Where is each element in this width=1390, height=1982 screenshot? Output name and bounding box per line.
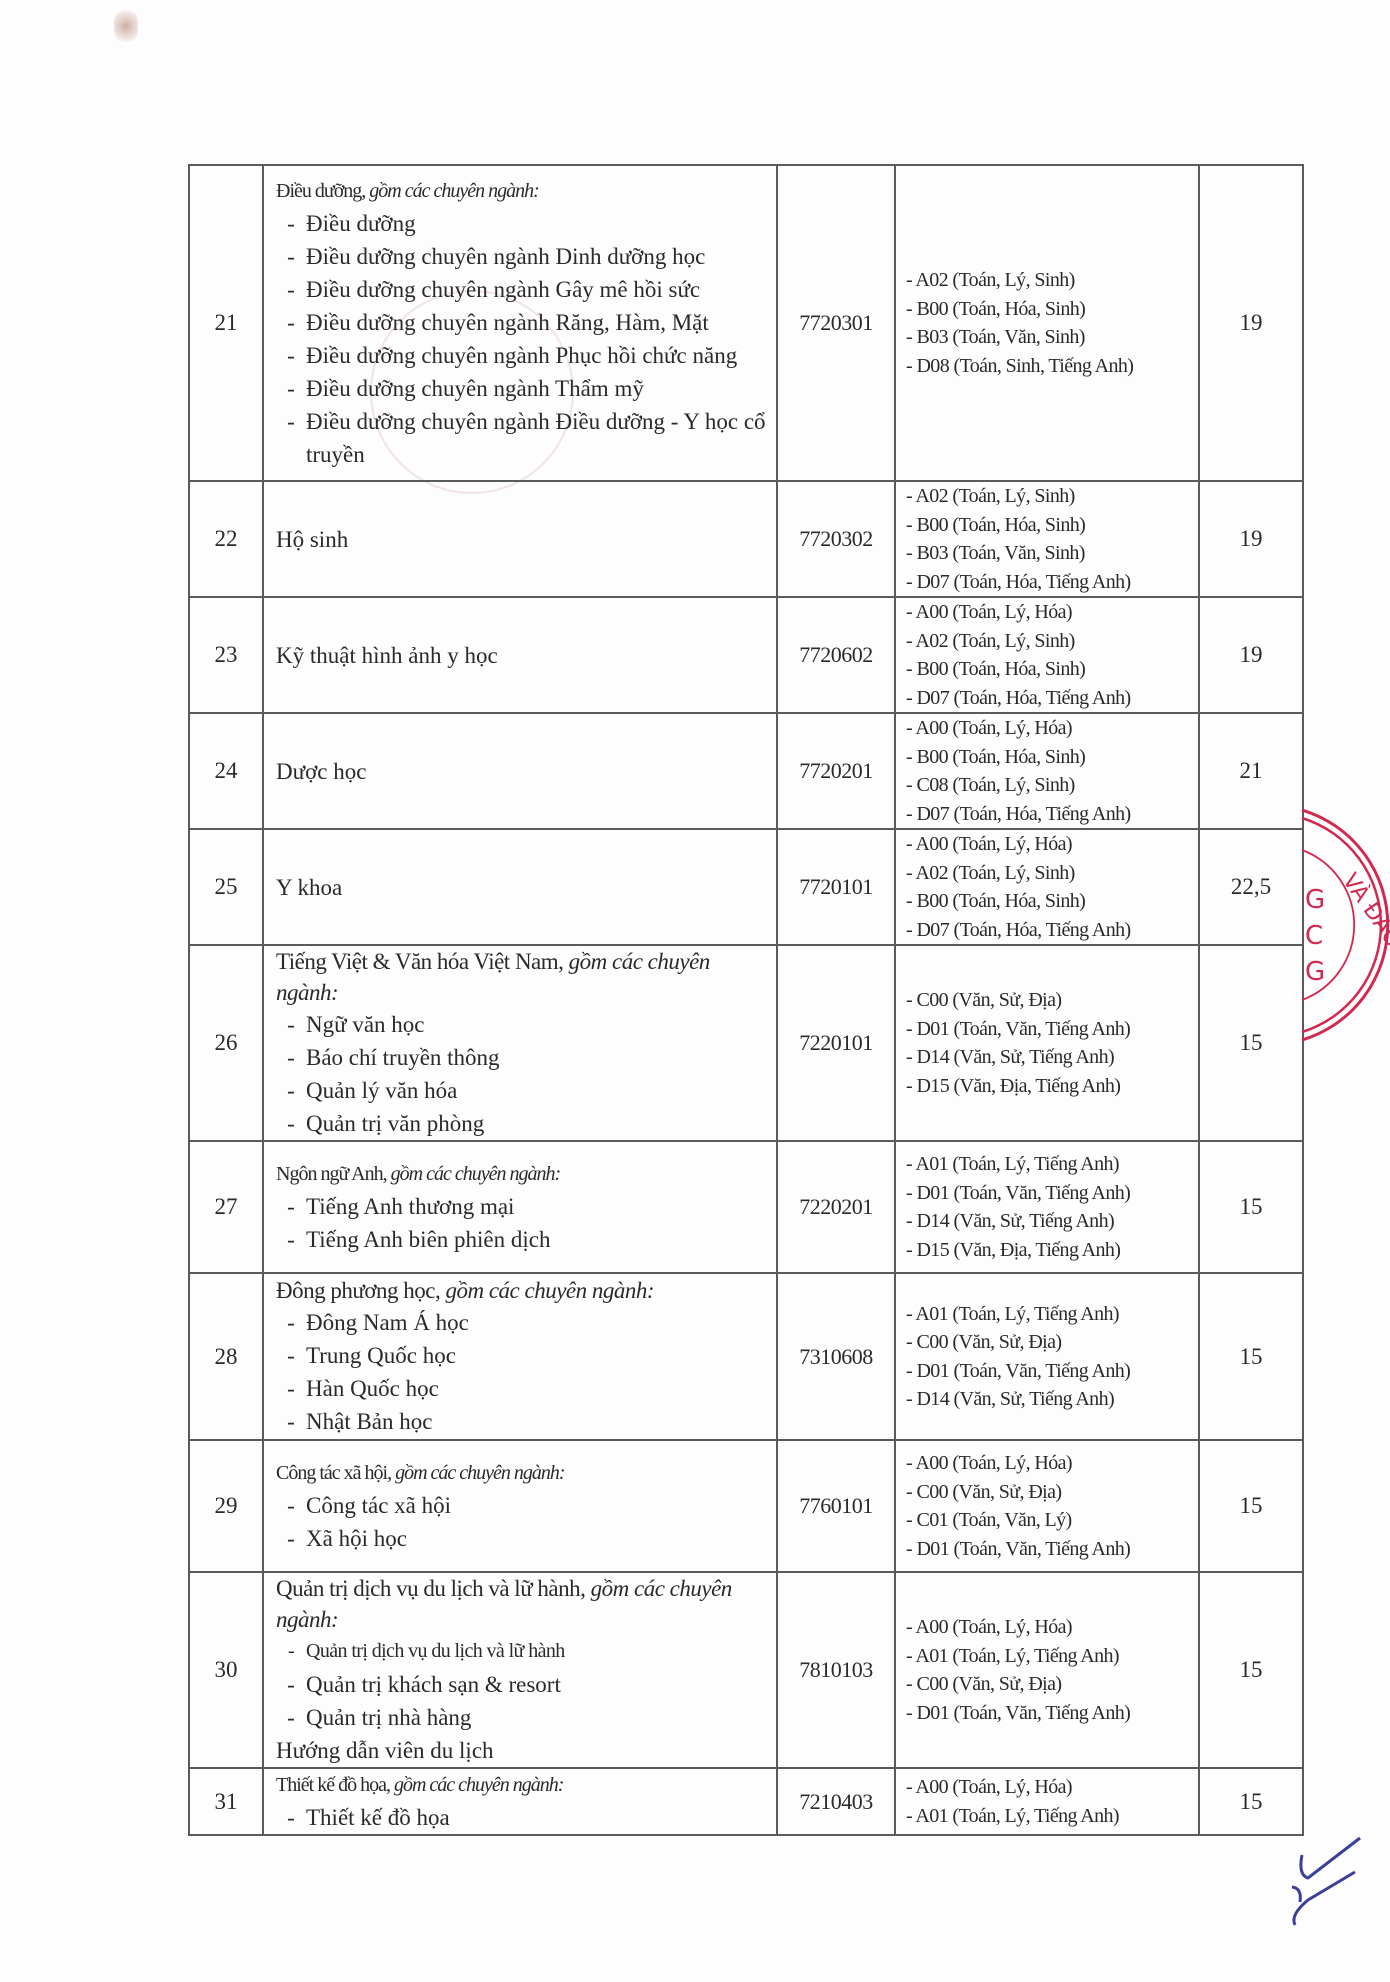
list-dash: - <box>276 1489 306 1522</box>
specialization-item: -Hàn Quốc học <box>276 1372 770 1405</box>
admission-table: 21Điều dưỡng, gồm các chuyên ngành:-Điều… <box>188 164 1304 1836</box>
program-code-cell: 7720301 <box>777 165 895 481</box>
subject-combination: - B03 (Toán, Văn, Sinh) <box>906 323 1198 352</box>
program-heading: Tiếng Việt & Văn hóa Việt Nam, gồm các c… <box>276 946 770 1008</box>
stamp-inner-letter: G <box>1305 957 1325 987</box>
subject-combinations-cell: - A02 (Toán, Lý, Sinh)- B00 (Toán, Hóa, … <box>895 165 1199 481</box>
list-dash: - <box>276 1635 306 1668</box>
program-name: Dược học <box>276 755 770 788</box>
cutoff-score-cell: 15 <box>1199 1440 1303 1572</box>
subject-combination: - B03 (Toán, Văn, Sinh) <box>906 539 1198 568</box>
program-name-cell: Đông phương học, gồm các chuyên ngành:-Đ… <box>263 1273 777 1440</box>
subject-combination: - C01 (Toán, Văn, Lý) <box>906 1506 1198 1535</box>
program-heading-title: Điều dưỡng, <box>276 180 365 202</box>
specialization-item: -Quản trị nhà hàng <box>276 1701 770 1734</box>
row-number: 27 <box>215 1194 238 1219</box>
specialization-item: -Quản trị khách sạn & resort <box>276 1668 770 1701</box>
row-number: 31 <box>215 1789 238 1814</box>
stamp-inner-letter: C <box>1305 921 1323 951</box>
list-dash: - <box>276 339 306 372</box>
program-name-cell: Hộ sinh <box>263 481 777 597</box>
cutoff-score-cell: 15 <box>1199 1768 1303 1835</box>
subject-combination: - D14 (Văn, Sử, Tiếng Anh) <box>906 1043 1198 1072</box>
subject-combination: - A02 (Toán, Lý, Sinh) <box>906 266 1198 295</box>
subject-combination: - D14 (Văn, Sử, Tiếng Anh) <box>906 1385 1198 1414</box>
subject-combination: - D07 (Toán, Hóa, Tiếng Anh) <box>906 916 1198 945</box>
subject-combination: - B00 (Toán, Hóa, Sinh) <box>906 743 1198 772</box>
subject-combination: - A00 (Toán, Lý, Hóa) <box>906 830 1198 859</box>
subject-combination: - A02 (Toán, Lý, Sinh) <box>906 482 1198 511</box>
specialization-label: Quản lý văn hóa <box>306 1074 457 1107</box>
list-dash: - <box>276 372 306 405</box>
specialization-item: -Tiếng Anh thương mại <box>276 1190 770 1223</box>
specialization-label: Điều dưỡng <box>306 207 416 240</box>
cutoff-score-cell: 19 <box>1199 597 1303 713</box>
specialization-item: -Điều dưỡng chuyên ngành Răng, Hàm, Mặt <box>276 306 770 339</box>
program-name-cell: Dược học <box>263 713 777 829</box>
subject-combinations-cell: - A00 (Toán, Lý, Hóa)- A01 (Toán, Lý, Ti… <box>895 1768 1199 1835</box>
list-dash: - <box>276 207 306 240</box>
subject-combination: - D07 (Toán, Hóa, Tiếng Anh) <box>906 568 1198 597</box>
program-name-cell: Quản trị dịch vụ du lịch và lữ hành, gồm… <box>263 1572 777 1768</box>
subject-combination: - D15 (Văn, Địa, Tiếng Anh) <box>906 1072 1198 1101</box>
specialization-item: -Quản trị dịch vụ du lịch và lữ hành <box>276 1635 770 1668</box>
specialization-label: Điều dưỡng chuyên ngành Thẩm mỹ <box>306 372 644 405</box>
table-row: 23Kỹ thuật hình ảnh y học7720602- A00 (T… <box>189 597 1303 713</box>
subject-combination: - D01 (Toán, Văn, Tiếng Anh) <box>906 1357 1198 1386</box>
specialization-label: Tiếng Anh biên phiên dịch <box>306 1223 550 1256</box>
specialization-item: -Quản trị văn phòng <box>276 1107 770 1140</box>
cutoff-score: 19 <box>1240 642 1263 667</box>
specialization-label: Điều dưỡng chuyên ngành Phục hồi chức nă… <box>306 339 737 372</box>
specialization-label: Tiếng Anh thương mại <box>306 1190 514 1223</box>
subject-combination: - A00 (Toán, Lý, Hóa) <box>906 714 1198 743</box>
list-dash: - <box>276 1339 306 1372</box>
list-dash: - <box>276 1372 306 1405</box>
table-row: 22Hộ sinh7720302- A02 (Toán, Lý, Sinh)- … <box>189 481 1303 597</box>
program-code: 7720201 <box>799 758 873 783</box>
program-name-cell: Kỹ thuật hình ảnh y học <box>263 597 777 713</box>
program-code: 7720101 <box>799 874 873 899</box>
row-number-cell: 21 <box>189 165 263 481</box>
table-row: 26Tiếng Việt & Văn hóa Việt Nam, gồm các… <box>189 945 1303 1141</box>
specialization-label: Điều dưỡng chuyên ngành Dinh dưỡng học <box>306 240 705 273</box>
specialization-label: Xã hội học <box>306 1522 407 1555</box>
row-number: 24 <box>215 758 238 783</box>
cutoff-score: 21 <box>1240 758 1263 783</box>
stamp-outer-text: VÀ ĐÀO TẠO <box>1337 869 1390 996</box>
list-dash: - <box>276 306 306 339</box>
subject-combination: - C08 (Toán, Lý, Sinh) <box>906 771 1198 800</box>
subject-combination: - D07 (Toán, Hóa, Tiếng Anh) <box>906 684 1198 713</box>
cutoff-score-cell: 15 <box>1199 945 1303 1141</box>
list-dash: - <box>276 1008 306 1041</box>
subject-combinations-cell: - A00 (Toán, Lý, Hóa)- A02 (Toán, Lý, Si… <box>895 829 1199 945</box>
program-heading: Điều dưỡng, gồm các chuyên ngành: <box>276 176 770 207</box>
row-number-cell: 26 <box>189 945 263 1141</box>
program-heading-note: gồm các chuyên ngành: <box>391 1163 561 1185</box>
program-code: 7720602 <box>799 642 873 667</box>
program-name-cell: Tiếng Việt & Văn hóa Việt Nam, gồm các c… <box>263 945 777 1141</box>
specialization-item: -Điều dưỡng <box>276 207 770 240</box>
subject-combination: - D01 (Toán, Văn, Tiếng Anh) <box>906 1015 1198 1044</box>
specialization-item: -Xã hội học <box>276 1522 770 1555</box>
specialization-item: -Đông Nam Á học <box>276 1306 770 1339</box>
subject-combination: - D08 (Toán, Sinh, Tiếng Anh) <box>906 352 1198 381</box>
row-number: 21 <box>215 310 238 335</box>
specialization-label: Nhật Bản học <box>306 1405 432 1438</box>
program-code-cell: 7720201 <box>777 713 895 829</box>
list-dash: - <box>276 1306 306 1339</box>
list-dash: - <box>276 1522 306 1555</box>
table-row: 27Ngôn ngữ Anh, gồm các chuyên ngành:-Ti… <box>189 1141 1303 1273</box>
specialization-item: -Thiết kế đồ họa <box>276 1801 770 1834</box>
subject-combinations-cell: - A02 (Toán, Lý, Sinh)- B00 (Toán, Hóa, … <box>895 481 1199 597</box>
specialization-label: Hàn Quốc học <box>306 1372 439 1405</box>
specialization-item: -Báo chí truyền thông <box>276 1041 770 1074</box>
program-name-cell: Thiết kế đồ họa, gồm các chuyên ngành:-T… <box>263 1768 777 1835</box>
specialization-label: Trung Quốc học <box>306 1339 456 1372</box>
list-dash: - <box>276 1405 306 1438</box>
list-dash: - <box>276 273 306 306</box>
program-heading-title: Công tác xã hội, <box>276 1462 391 1484</box>
program-code: 7220101 <box>799 1030 873 1055</box>
program-heading: Công tác xã hội, gồm các chuyên ngành: <box>276 1458 770 1489</box>
program-heading: Thiết kế đồ họa, gồm các chuyên ngành: <box>276 1770 770 1801</box>
program-code: 7720302 <box>799 526 873 551</box>
subject-combination: - A00 (Toán, Lý, Hóa) <box>906 1773 1198 1802</box>
program-code-cell: 7310608 <box>777 1273 895 1440</box>
list-dash: - <box>276 1041 306 1074</box>
specialization-item: -Ngữ văn học <box>276 1008 770 1041</box>
specialization-item: -Điều dưỡng chuyên ngành Thẩm mỹ <box>276 372 770 405</box>
subject-combination: - B00 (Toán, Hóa, Sinh) <box>906 511 1198 540</box>
list-dash: - <box>276 1701 306 1734</box>
program-code-cell: 7220201 <box>777 1141 895 1273</box>
program-heading-title: Thiết kế đồ họa, <box>276 1774 390 1796</box>
subject-combination: - C00 (Văn, Sử, Địa) <box>906 1478 1198 1507</box>
cutoff-score: 15 <box>1240 1493 1263 1518</box>
subject-combinations-cell: - A01 (Toán, Lý, Tiếng Anh)- D01 (Toán, … <box>895 1141 1199 1273</box>
program-code: 7220201 <box>799 1194 873 1219</box>
specialization-label: Quản trị nhà hàng <box>306 1701 471 1734</box>
program-heading-note: gồm các chuyên ngành: <box>395 1462 565 1484</box>
program-code-cell: 7720302 <box>777 481 895 597</box>
row-number-cell: 28 <box>189 1273 263 1440</box>
subject-combination: - A00 (Toán, Lý, Hóa) <box>906 598 1198 627</box>
list-dash: - <box>276 405 306 471</box>
cutoff-score: 22,5 <box>1231 874 1271 899</box>
program-code: 7810103 <box>799 1657 873 1682</box>
table-row: 31Thiết kế đồ họa, gồm các chuyên ngành:… <box>189 1768 1303 1835</box>
program-code-cell: 7810103 <box>777 1572 895 1768</box>
program-heading: Đông phương học, gồm các chuyên ngành: <box>276 1275 770 1306</box>
row-number: 22 <box>215 526 238 551</box>
specialization-label: Ngữ văn học <box>306 1008 425 1041</box>
program-heading-title: Tiếng Việt & Văn hóa Việt Nam, <box>276 949 563 974</box>
program-name: Hộ sinh <box>276 523 770 556</box>
specialization-label: Quản trị văn phòng <box>306 1107 484 1140</box>
program-code: 7720301 <box>799 310 873 335</box>
subject-combinations-cell: - A00 (Toán, Lý, Hóa)- A02 (Toán, Lý, Si… <box>895 597 1199 713</box>
cutoff-score-cell: 19 <box>1199 165 1303 481</box>
specialization-item: -Tiếng Anh biên phiên dịch <box>276 1223 770 1256</box>
specialization-label: Thiết kế đồ họa <box>306 1801 450 1834</box>
program-heading-note: gồm các chuyên ngành: <box>445 1278 654 1303</box>
subject-combination: - A01 (Toán, Lý, Tiếng Anh) <box>906 1642 1198 1671</box>
scanned-page: 21Điều dưỡng, gồm các chuyên ngành:-Điều… <box>0 0 1390 1982</box>
row-number-cell: 27 <box>189 1141 263 1273</box>
row-number-cell: 23 <box>189 597 263 713</box>
list-dash: - <box>276 1074 306 1107</box>
cutoff-score-cell: 15 <box>1199 1141 1303 1273</box>
specialization-label: Quản trị khách sạn & resort <box>306 1668 561 1701</box>
program-name: Kỹ thuật hình ảnh y học <box>276 639 770 672</box>
program-code: 7210403 <box>799 1789 873 1814</box>
specialization-item: -Điều dưỡng chuyên ngành Dinh dưỡng học <box>276 240 770 273</box>
row-number: 25 <box>215 874 238 899</box>
table-row: 24Dược học7720201- A00 (Toán, Lý, Hóa)- … <box>189 713 1303 829</box>
subject-combinations-cell: - A00 (Toán, Lý, Hóa)- C00 (Văn, Sử, Địa… <box>895 1440 1199 1572</box>
table-row: 30Quản trị dịch vụ du lịch và lữ hành, g… <box>189 1572 1303 1768</box>
subject-combinations-cell: - A01 (Toán, Lý, Tiếng Anh)- C00 (Văn, S… <box>895 1273 1199 1440</box>
subject-combinations-cell: - C00 (Văn, Sử, Địa)- D01 (Toán, Văn, Ti… <box>895 945 1199 1141</box>
program-code-cell: 7760101 <box>777 1440 895 1572</box>
cutoff-score: 15 <box>1240 1194 1263 1219</box>
program-heading-title: Ngôn ngữ Anh, <box>276 1163 387 1185</box>
specialization-label: Công tác xã hội <box>306 1489 451 1522</box>
table-row: 25Y khoa7720101- A00 (Toán, Lý, Hóa)- A0… <box>189 829 1303 945</box>
program-code: 7310608 <box>799 1344 873 1369</box>
program-name-cell: Công tác xã hội, gồm các chuyên ngành:-C… <box>263 1440 777 1572</box>
list-dash: - <box>276 1668 306 1701</box>
subject-combination: - D07 (Toán, Hóa, Tiếng Anh) <box>906 800 1198 829</box>
subject-combination: - B00 (Toán, Hóa, Sinh) <box>906 295 1198 324</box>
cutoff-score: 15 <box>1240 1789 1263 1814</box>
subject-combination: - C00 (Văn, Sử, Địa) <box>906 1670 1198 1699</box>
row-number-cell: 24 <box>189 713 263 829</box>
program-name: Y khoa <box>276 871 770 904</box>
program-heading: Ngôn ngữ Anh, gồm các chuyên ngành: <box>276 1159 770 1190</box>
row-number-cell: 29 <box>189 1440 263 1572</box>
cutoff-score: 15 <box>1240 1344 1263 1369</box>
list-dash: - <box>276 1107 306 1140</box>
program-code-cell: 7220101 <box>777 945 895 1141</box>
program-heading: Quản trị dịch vụ du lịch và lữ hành, gồm… <box>276 1573 770 1635</box>
specialization-label: Quản trị dịch vụ du lịch và lữ hành <box>306 1635 565 1668</box>
specialization-label: Điều dưỡng chuyên ngành Điều dưỡng - Y h… <box>306 405 770 471</box>
cutoff-score-cell: 21 <box>1199 713 1303 829</box>
subject-combination: - D01 (Toán, Văn, Tiếng Anh) <box>906 1179 1198 1208</box>
program-name-cell: Ngôn ngữ Anh, gồm các chuyên ngành:-Tiến… <box>263 1141 777 1273</box>
row-number: 29 <box>215 1493 238 1518</box>
row-number: 23 <box>215 642 238 667</box>
subject-combination: - D14 (Văn, Sử, Tiếng Anh) <box>906 1207 1198 1236</box>
specialization-label: Đông Nam Á học <box>306 1306 469 1339</box>
subject-combination: - D01 (Toán, Văn, Tiếng Anh) <box>906 1535 1198 1564</box>
table-row: 28Đông phương học, gồm các chuyên ngành:… <box>189 1273 1303 1440</box>
subject-combination: - D15 (Văn, Địa, Tiếng Anh) <box>906 1236 1198 1265</box>
cutoff-score-cell: 19 <box>1199 481 1303 597</box>
program-code-cell: 7720101 <box>777 829 895 945</box>
subject-combination: - A01 (Toán, Lý, Tiếng Anh) <box>906 1150 1198 1179</box>
program-heading-note: gồm các chuyên ngành: <box>394 1774 564 1796</box>
subject-combination: - A02 (Toán, Lý, Sinh) <box>906 859 1198 888</box>
subject-combination: - B00 (Toán, Hóa, Sinh) <box>906 655 1198 684</box>
cutoff-score-cell: 15 <box>1199 1273 1303 1440</box>
list-dash: - <box>276 240 306 273</box>
list-dash: - <box>276 1223 306 1256</box>
program-heading-note: gồm các chuyên ngành: <box>369 180 539 202</box>
program-code-cell: 7720602 <box>777 597 895 713</box>
row-number: 26 <box>215 1030 238 1055</box>
subject-combination: - A01 (Toán, Lý, Tiếng Anh) <box>906 1300 1198 1329</box>
program-heading-title: Quản trị dịch vụ du lịch và lữ hành, <box>276 1576 585 1601</box>
cutoff-score: 19 <box>1240 310 1263 335</box>
program-heading-title: Đông phương học, <box>276 1278 440 1303</box>
specialization-label: Điều dưỡng chuyên ngành Răng, Hàm, Mặt <box>306 306 709 339</box>
program-code-cell: 7210403 <box>777 1768 895 1835</box>
subject-combination: - C00 (Văn, Sử, Địa) <box>906 1328 1198 1357</box>
row-number-cell: 31 <box>189 1768 263 1835</box>
specialization-item: -Quản lý văn hóa <box>276 1074 770 1107</box>
subject-combination: - A00 (Toán, Lý, Hóa) <box>906 1613 1198 1642</box>
specialization-item: -Công tác xã hội <box>276 1489 770 1522</box>
specialization-extra: Hướng dẫn viên du lịch <box>276 1734 770 1767</box>
specialization-label: Điều dưỡng chuyên ngành Gây mê hồi sức <box>306 273 700 306</box>
subject-combinations-cell: - A00 (Toán, Lý, Hóa)- B00 (Toán, Hóa, S… <box>895 713 1199 829</box>
stamp-inner-letter: G <box>1305 885 1325 915</box>
row-number-cell: 25 <box>189 829 263 945</box>
subject-combination: - A00 (Toán, Lý, Hóa) <box>906 1449 1198 1478</box>
specialization-item: -Điều dưỡng chuyên ngành Điều dưỡng - Y … <box>276 405 770 471</box>
table-row: 21Điều dưỡng, gồm các chuyên ngành:-Điều… <box>189 165 1303 481</box>
specialization-item: -Điều dưỡng chuyên ngành Phục hồi chức n… <box>276 339 770 372</box>
row-number: 28 <box>215 1344 238 1369</box>
subject-combination: - D01 (Toán, Văn, Tiếng Anh) <box>906 1699 1198 1728</box>
row-number-cell: 22 <box>189 481 263 597</box>
cutoff-score-cell: 15 <box>1199 1572 1303 1768</box>
program-name-cell: Điều dưỡng, gồm các chuyên ngành:-Điều d… <box>263 165 777 481</box>
subject-combination: - B00 (Toán, Hóa, Sinh) <box>906 887 1198 916</box>
cutoff-score-cell: 22,5 <box>1199 829 1303 945</box>
subject-combination: - A02 (Toán, Lý, Sinh) <box>906 627 1198 656</box>
row-number-cell: 30 <box>189 1572 263 1768</box>
admission-table-body: 21Điều dưỡng, gồm các chuyên ngành:-Điều… <box>189 165 1303 1835</box>
cutoff-score: 19 <box>1240 526 1263 551</box>
specialization-label: Báo chí truyền thông <box>306 1041 500 1074</box>
handwritten-initial-mark <box>1290 1830 1390 1950</box>
list-dash: - <box>276 1190 306 1223</box>
specialization-item: -Trung Quốc học <box>276 1339 770 1372</box>
table-row: 29Công tác xã hội, gồm các chuyên ngành:… <box>189 1440 1303 1572</box>
cutoff-score: 15 <box>1240 1030 1263 1055</box>
subject-combination: - A01 (Toán, Lý, Tiếng Anh) <box>906 1802 1198 1831</box>
specialization-item: -Điều dưỡng chuyên ngành Gây mê hồi sức <box>276 273 770 306</box>
list-dash: - <box>276 1801 306 1834</box>
program-name-cell: Y khoa <box>263 829 777 945</box>
row-number: 30 <box>215 1657 238 1682</box>
cutoff-score: 15 <box>1240 1657 1263 1682</box>
specialization-item: -Nhật Bản học <box>276 1405 770 1438</box>
program-code: 7760101 <box>799 1493 873 1518</box>
scan-smudge <box>114 8 138 44</box>
subject-combination: - C00 (Văn, Sử, Địa) <box>906 986 1198 1015</box>
subject-combinations-cell: - A00 (Toán, Lý, Hóa)- A01 (Toán, Lý, Ti… <box>895 1572 1199 1768</box>
